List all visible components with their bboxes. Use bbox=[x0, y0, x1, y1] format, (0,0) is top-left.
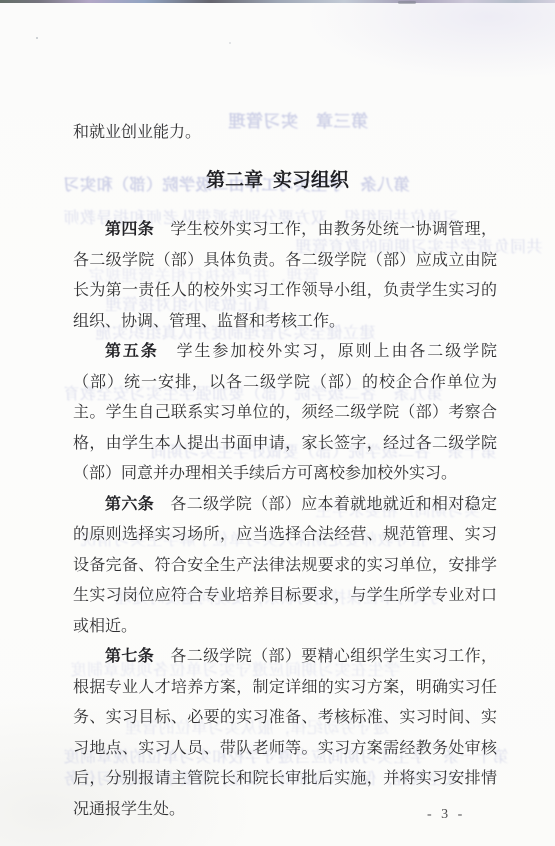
article-text: 各二级学院（部）要精心组织学生实习工作，根据专业人才培养方案，制定详细的实习方案… bbox=[73, 648, 497, 818]
article-paragraph: 第六条 各二级学院（部）应本着就地就近和相对稳定的原则选择实习场所，应当选择合法… bbox=[73, 490, 497, 643]
article-text: 各二级学院（部）应本着就地就近和相对稳定的原则选择实习场所，应当选择合法经营、规… bbox=[73, 496, 497, 635]
article-label: 第四条 bbox=[105, 221, 154, 238]
article-label: 第七条 bbox=[105, 648, 154, 665]
article-text: 学生参加校外实习，原则上由各二级学院（部）统一安排，以各二级学院（部）的校企合作… bbox=[73, 343, 497, 482]
document-content: 和就业创业能力。 第二章 实习组织 第四条 学生校外实习工作，由教务处统一协调管… bbox=[0, 0, 555, 846]
scan-edge-mark bbox=[398, 1, 416, 4]
article-label: 第五条 bbox=[105, 343, 159, 360]
article-paragraph: 第四条 学生校外实习工作，由教务处统一协调管理，各二级学院（部）具体负责。各二级… bbox=[73, 215, 497, 337]
article-label: 第六条 bbox=[105, 496, 154, 513]
scanned-document-page: 第三章 实习管理 第八条 学生实习工作由二级学院（部）和实习 习单位共同组织，双… bbox=[0, 0, 555, 846]
scan-edge-artifact bbox=[0, 0, 555, 3]
chapter-heading: 第二章 实习组织 bbox=[0, 166, 555, 196]
paper-speck bbox=[229, 42, 231, 44]
article-block: 第四条 学生校外实习工作，由教务处统一协调管理，各二级学院（部）具体负责。各二级… bbox=[73, 215, 497, 825]
page-number: - 3 - bbox=[427, 807, 465, 823]
article-paragraph: 第七条 各二级学院（部）要精心组织学生实习工作，根据专业人才培养方案，制定详细的… bbox=[73, 642, 497, 825]
article-paragraph: 第五条 学生参加校外实习，原则上由各二级学院（部）统一安排，以各二级学院（部）的… bbox=[73, 337, 497, 490]
paper-speck bbox=[36, 37, 38, 39]
paragraph-continuation: 和就业创业能力。 bbox=[73, 118, 201, 149]
